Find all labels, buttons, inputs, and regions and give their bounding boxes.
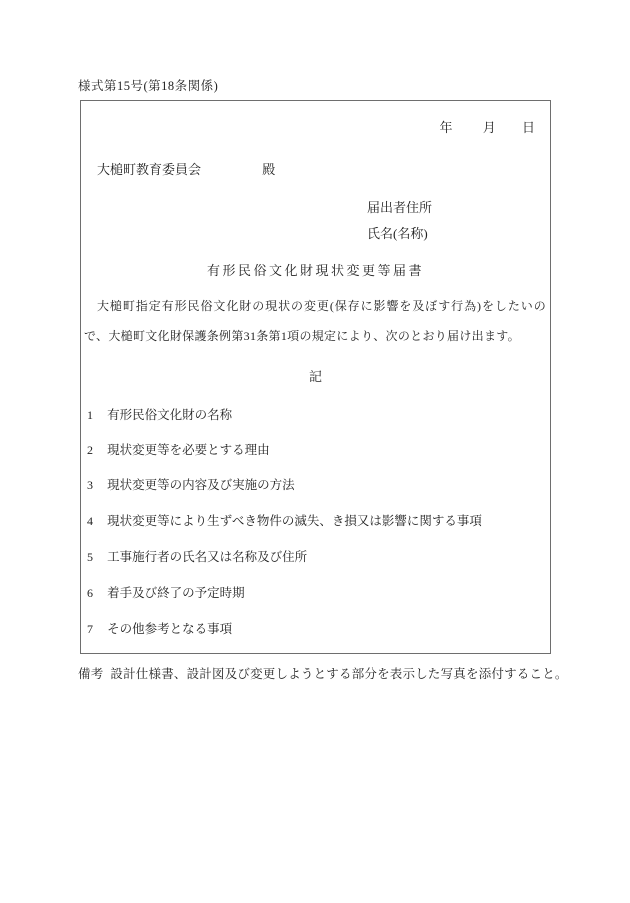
list-item: 3 現状変更等の内容及び実施の方法	[87, 475, 295, 493]
document-title: 有形民俗文化財現状変更等届書	[81, 260, 550, 279]
list-item-number: 4	[87, 514, 104, 529]
list-item-text: 着手及び終了の予定時期	[107, 586, 245, 600]
addressee-line: 大槌町教育委員会 殿	[97, 159, 275, 178]
list-item-number: 7	[87, 622, 104, 637]
form-number: 様式第15号(第18条関係)	[78, 76, 218, 94]
list-item: 5 工事施行者の氏名又は名称及び住所	[87, 547, 307, 565]
list-item-text: その他参考となる事項	[107, 622, 232, 636]
list-item-number: 5	[87, 550, 104, 565]
list-item-number: 3	[87, 478, 104, 493]
body-paragraph: 大槌町指定有形民俗文化財の現状の変更(保存に影響を及ぼす行為)をしたいので、大槌…	[84, 291, 546, 351]
form-border-box: 年 月 日 大槌町教育委員会 殿 届出者住所 氏名(名称) 有形民俗文化財現状変…	[80, 100, 551, 654]
record-heading: 記	[81, 366, 550, 385]
addressee-honorific: 殿	[262, 162, 275, 177]
list-item: 2 現状変更等を必要とする理由	[87, 440, 270, 458]
date-year-label: 年	[439, 120, 452, 135]
remarks-text: 設計仕様書、設計図及び変更しようとする部分を表示した写真を添付すること。	[110, 667, 567, 681]
list-item: 4 現状変更等により生ずべき物件の滅失、き損又は影響に関する事項	[87, 511, 482, 529]
list-item-text: 現状変更等の内容及び実施の方法	[107, 478, 295, 492]
list-item: 1 有形民俗文化財の名称	[87, 405, 232, 423]
submitter-address-label: 届出者住所	[367, 197, 432, 216]
date-month-label: 月	[483, 120, 496, 135]
document-page: 様式第15号(第18条関係) 年 月 日 大槌町教育委員会 殿 届出者住所 氏名…	[0, 0, 630, 903]
list-item-number: 2	[87, 443, 104, 458]
submitter-name-label: 氏名(名称)	[367, 223, 428, 242]
list-item-number: 6	[87, 586, 104, 601]
list-item-text: 工事施行者の氏名又は名称及び住所	[107, 550, 307, 564]
list-item-text: 有形民俗文化財の名称	[107, 408, 232, 422]
list-item: 7 その他参考となる事項	[87, 619, 232, 637]
list-item: 6 着手及び終了の予定時期	[87, 583, 245, 601]
remarks-label: 備考	[78, 667, 103, 681]
date-line: 年 月 日	[439, 117, 535, 136]
list-item-text: 現状変更等により生ずべき物件の滅失、き損又は影響に関する事項	[107, 514, 482, 528]
list-item-number: 1	[87, 408, 104, 423]
remarks-line: 備考設計仕様書、設計図及び変更しようとする部分を表示した写真を添付すること。	[78, 664, 568, 682]
addressee-name: 大槌町教育委員会	[97, 162, 201, 177]
list-item-text: 現状変更等を必要とする理由	[107, 443, 270, 457]
date-day-label: 日	[522, 120, 535, 135]
